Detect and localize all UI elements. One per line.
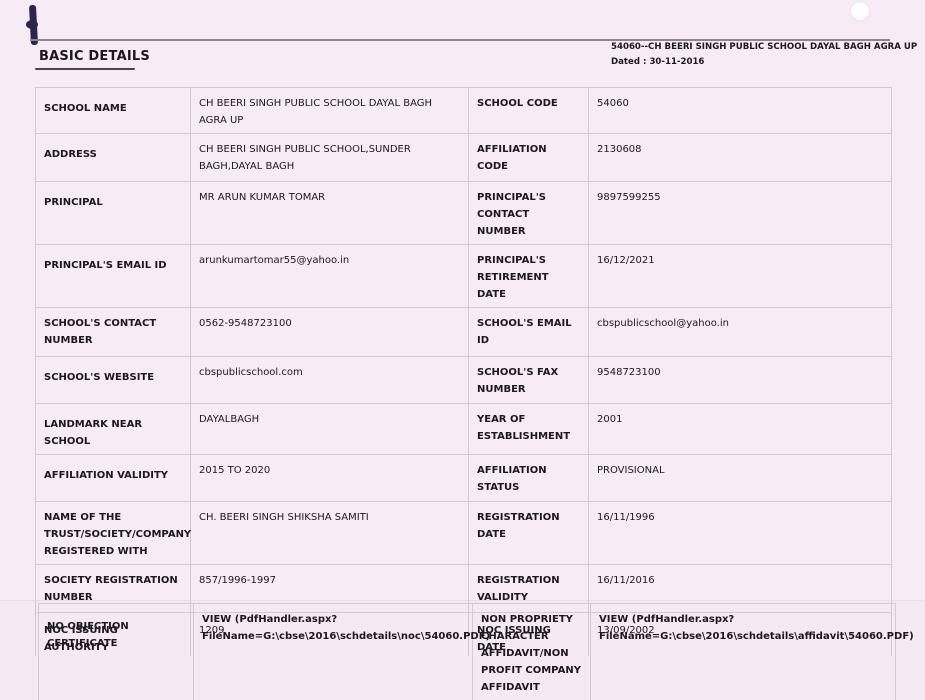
- field-value: 9897599255: [589, 182, 892, 245]
- table-row: AFFILIATION VALIDITY2015 TO 2020AFFILIAT…: [36, 455, 892, 502]
- field-label: ADDRESS: [36, 134, 191, 182]
- table-row: SCHOOL NAMECH BEERI SINGH PUBLIC SCHOOL …: [36, 88, 892, 134]
- table-row: SCHOOL'S CONTACT NUMBER0562-9548723100SC…: [36, 308, 892, 357]
- field-label: SCHOOL'S CONTACT NUMBER: [36, 308, 191, 357]
- affidavit-view-link[interactable]: VIEW (PdfHandler.aspx? FileName=G:\cbse\…: [591, 604, 896, 700]
- field-label: PRINCIPAL: [36, 182, 191, 245]
- field-value: cbspublicschool@yahoo.in: [589, 308, 892, 357]
- field-value: 2130608: [589, 134, 892, 182]
- field-label: SCHOOL CODE: [469, 88, 589, 134]
- header-dated: Dated : 30-11-2016: [611, 55, 917, 70]
- field-value: CH BEERI SINGH PUBLIC SCHOOL,SUNDER BAGH…: [191, 134, 469, 182]
- table-row: PRINCIPAL'S EMAIL IDarunkumartomar55@yah…: [36, 245, 892, 308]
- field-label: SCHOOL'S FAX NUMBER: [469, 357, 589, 404]
- table-row: NAME OF THE TRUST/SOCIETY/COMPANY REGIST…: [36, 502, 892, 565]
- field-value: arunkumartomar55@yahoo.in: [191, 245, 469, 308]
- field-value: 0562-9548723100: [191, 308, 469, 357]
- table-row: NO OBJECTION CERTIFICATE VIEW (PdfHandle…: [39, 604, 896, 700]
- field-value: 16/11/1996: [589, 502, 892, 565]
- documents-table: NO OBJECTION CERTIFICATE VIEW (PdfHandle…: [38, 603, 896, 700]
- field-value: 2015 TO 2020: [191, 455, 469, 502]
- field-label: PRINCIPAL'S RETIREMENT DATE: [469, 245, 589, 308]
- title-underline: [35, 68, 135, 70]
- table-row: PRINCIPALMR ARUN KUMAR TOMARPRINCIPAL'S …: [36, 182, 892, 245]
- field-value: 9548723100: [589, 357, 892, 404]
- field-value: MR ARUN KUMAR TOMAR: [191, 182, 469, 245]
- header-school: 54060--CH BEERI SINGH PUBLIC SCHOOL DAYA…: [611, 40, 917, 55]
- field-value: 2001: [589, 404, 892, 455]
- field-label: SCHOOL'S EMAIL ID: [469, 308, 589, 357]
- field-label: SCHOOL'S WEBSITE: [36, 357, 191, 404]
- noc-view-link[interactable]: VIEW (PdfHandler.aspx? FileName=G:\cbse\…: [194, 604, 473, 700]
- field-label: PRINCIPAL'S CONTACT NUMBER: [469, 182, 589, 245]
- document-header: 54060--CH BEERI SINGH PUBLIC SCHOOL DAYA…: [611, 40, 917, 70]
- table-row: LANDMARK NEAR SCHOOLDAYALBAGHYEAR OF EST…: [36, 404, 892, 455]
- field-value: DAYALBAGH: [191, 404, 469, 455]
- field-value: 54060: [589, 88, 892, 134]
- punch-hole: [851, 2, 869, 20]
- field-value: PROVISIONAL: [589, 455, 892, 502]
- field-label: AFFILIATION CODE: [469, 134, 589, 182]
- field-value: CH BEERI SINGH PUBLIC SCHOOL DAYAL BAGH …: [191, 88, 469, 134]
- field-label: PRINCIPAL'S EMAIL ID: [36, 245, 191, 308]
- field-value: cbspublicschool.com: [191, 357, 469, 404]
- field-label: SCHOOL NAME: [36, 88, 191, 134]
- field-value: CH. BEERI SINGH SHIKSHA SAMITI: [191, 502, 469, 565]
- field-label: YEAR OF ESTABLISHMENT: [469, 404, 589, 455]
- field-label: REGISTRATION DATE: [469, 502, 589, 565]
- field-value: 16/12/2021: [589, 245, 892, 308]
- section-title: BASIC DETAILS: [39, 49, 150, 64]
- ink-mark-dot: [26, 20, 38, 29]
- basic-details-table: SCHOOL NAMECH BEERI SINGH PUBLIC SCHOOL …: [35, 87, 892, 656]
- field-label: AFFILIATION STATUS: [469, 455, 589, 502]
- field-label: LANDMARK NEAR SCHOOL: [36, 404, 191, 455]
- field-label: NON PROPRIETY CHARACTER AFFIDAVIT/NON PR…: [473, 604, 591, 700]
- field-label: NAME OF THE TRUST/SOCIETY/COMPANY REGIST…: [36, 502, 191, 565]
- field-label: AFFILIATION VALIDITY: [36, 455, 191, 502]
- table-row: SCHOOL'S WEBSITEcbspublicschool.comSCHOO…: [36, 357, 892, 404]
- field-label: NO OBJECTION CERTIFICATE: [39, 604, 194, 700]
- table-row: ADDRESSCH BEERI SINGH PUBLIC SCHOOL,SUND…: [36, 134, 892, 182]
